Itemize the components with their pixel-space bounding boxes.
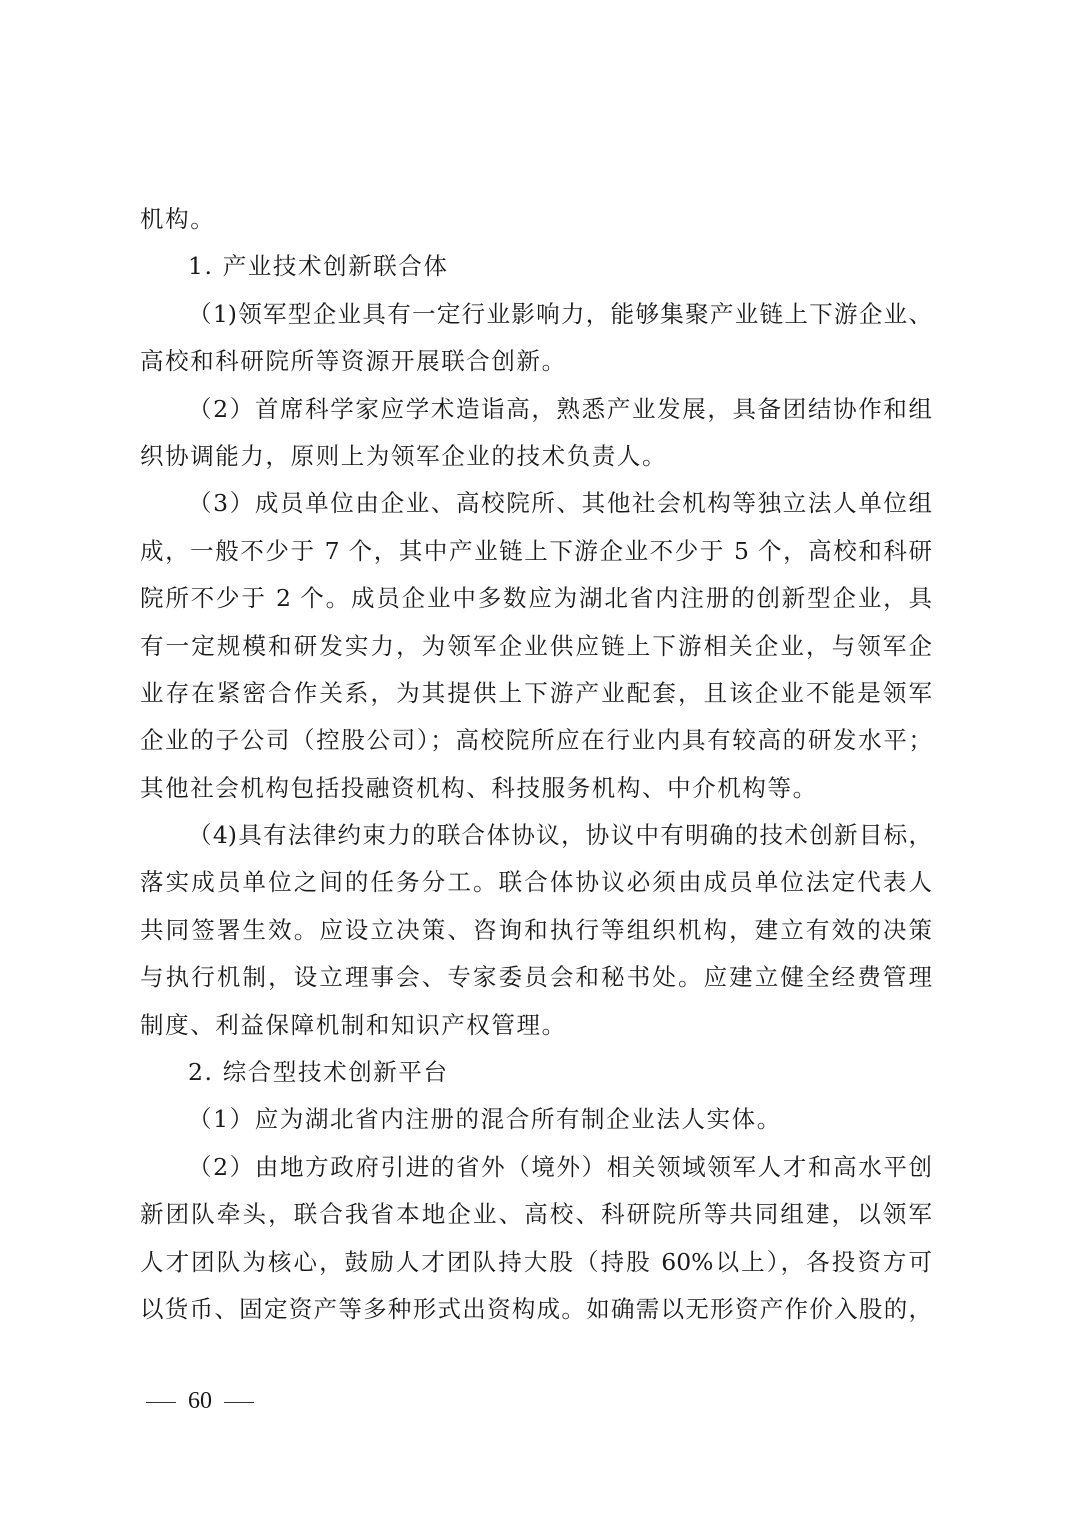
text-line: 人才团队为核心，鼓励人才团队持大股（持股 60%以上），各投资方可: [140, 1239, 932, 1286]
text-line: 制度、利益保障机制和知识产权管理。: [140, 1002, 932, 1049]
text-line: （3）成员单位由企业、高校院所、其他社会机构等独立法人单位组: [140, 480, 932, 527]
text-line: 成，一般不少于 7 个，其中产业链上下游企业不少于 5 个，高校和科研: [140, 528, 932, 575]
text-line: 以货币、固定资产等多种形式出资构成。如确需以无形资产作价入股的，: [140, 1286, 932, 1333]
text-line: （1）应为湖北省内注册的混合所有制企业法人实体。: [140, 1096, 932, 1143]
page-footer: 60: [140, 1388, 260, 1415]
text-line: （4)具有法律约束力的联合体协议，协议中有明确的技术创新目标，: [140, 812, 932, 859]
dash-right: [224, 1402, 254, 1404]
text-line: 有一定规模和研发实力，为领军企业供应链上下游相关企业，与领军企: [140, 623, 932, 670]
text-line: 机构。: [140, 196, 932, 243]
section-heading-2: 2. 综合型技术创新平台: [140, 1049, 932, 1096]
section-heading-1: 1. 产业技术创新联合体: [140, 243, 932, 290]
page-number: 60: [188, 1388, 212, 1415]
text-line: 其他社会机构包括投融资机构、科技服务机构、中介机构等。: [140, 765, 932, 812]
text-line: 共同签署生效。应设立决策、咨询和执行等组织机构，建立有效的决策: [140, 907, 932, 954]
text-line: （2）首席科学家应学术造诣高，熟悉产业发展，具备团结协作和组: [140, 386, 932, 433]
text-line: （1)领军型企业具有一定行业影响力，能够集聚产业链上下游企业、: [140, 291, 932, 338]
dash-left: [146, 1402, 176, 1404]
text-line: 院所不少于 2 个。成员企业中多数应为湖北省内注册的创新型企业，具: [140, 575, 932, 622]
text-line: 落实成员单位之间的任务分工。联合体协议必须由成员单位法定代表人: [140, 859, 932, 906]
text-line: （2）由地方政府引进的省外（境外）相关领域领军人才和高水平创: [140, 1144, 932, 1191]
text-line: 与执行机制，设立理事会、专家委员会和秘书处。应建立健全经费管理: [140, 954, 932, 1001]
text-line: 业存在紧密合作关系，为其提供上下游产业配套，且该企业不能是领军: [140, 670, 932, 717]
text-line: 高校和科研院所等资源开展联合创新。: [140, 338, 932, 385]
text-line: 企业的子公司（控股公司）；高校院所应在行业内具有较高的研发水平；: [140, 717, 932, 764]
text-line: 织协调能力，原则上为领军企业的技术负责人。: [140, 433, 932, 480]
document-body: 机构。 1. 产业技术创新联合体 （1)领军型企业具有一定行业影响力，能够集聚产…: [140, 196, 932, 1333]
text-line: 新团队牵头，联合我省本地企业、高校、科研院所等共同组建，以领军: [140, 1191, 932, 1238]
